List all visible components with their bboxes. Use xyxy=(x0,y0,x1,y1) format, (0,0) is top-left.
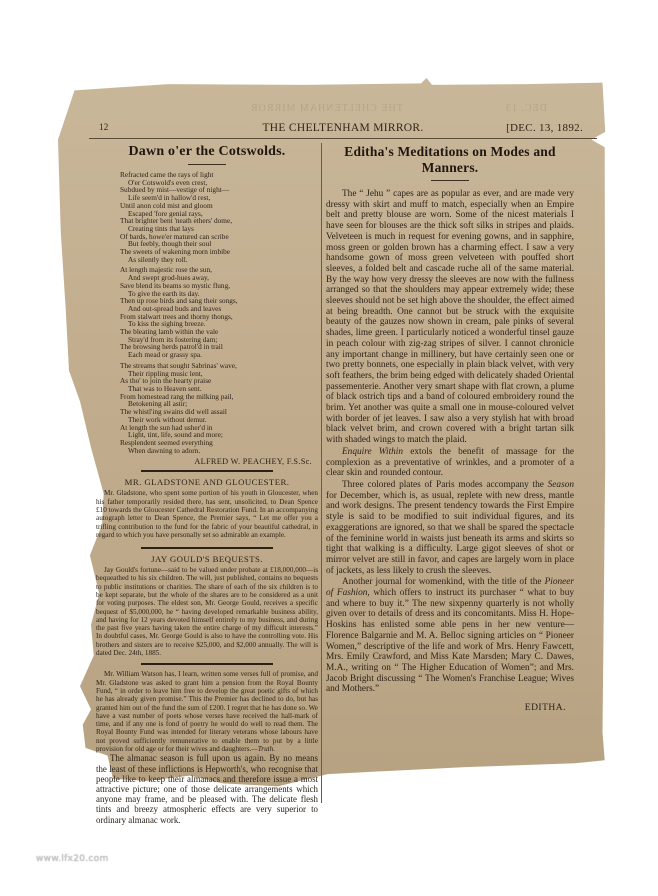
paragraph-4: Another journal for womenkind, with the … xyxy=(326,577,574,695)
gould-heading: JAY GOULD'S BEQUESTS. xyxy=(96,554,318,564)
paragraph-2: Enquire Within extols the benefit of mas… xyxy=(326,447,574,479)
gladstone-article: Mr. Gladstone, who spent some portion of… xyxy=(96,489,318,539)
poem-stanza: Refracted came the rays of lightO'er Cot… xyxy=(120,171,318,263)
issue-date: [DEC. 13, 1892. xyxy=(506,122,583,134)
section-rule xyxy=(141,547,273,549)
poem-line: As silently they roll. xyxy=(120,256,318,264)
gould-article: Jay Gould's fortune—said to be valued un… xyxy=(96,566,318,657)
watson-article: Mr. William Watson has, I learn, written… xyxy=(96,670,318,753)
show-through-title: THE CHELTENHAM MIRROR xyxy=(250,103,403,114)
editha-article: The “ Jehu ” capes are as popular as eve… xyxy=(326,189,574,695)
section-rule xyxy=(141,663,273,665)
almanac-article: The almanac season is full upon us again… xyxy=(96,753,318,824)
paragraph-1: The “ Jehu ” capes are as popular as eve… xyxy=(326,189,574,446)
poem-line: When dawning to adorn. xyxy=(120,447,318,455)
signature: EDITHA. xyxy=(326,703,566,713)
gladstone-heading: MR. GLADSTONE AND GLOUCESTER. xyxy=(96,477,318,487)
paragraph-3: Three colored plates of Paris modes acco… xyxy=(326,480,574,576)
column-divider xyxy=(321,143,322,803)
watson-body: Mr. William Watson has, I learn, written… xyxy=(96,670,318,753)
poem-title: Dawn o'er the Cotswolds. xyxy=(96,144,318,160)
title-rule xyxy=(188,164,226,165)
gould-body: Jay Gould's fortune—said to be valued un… xyxy=(96,566,318,657)
gladstone-body: Mr. Gladstone, who spent some portion of… xyxy=(96,489,318,539)
watermark: www.lfx20.com xyxy=(36,854,109,864)
poem-body: Refracted came the rays of lightO'er Cot… xyxy=(120,171,318,454)
poem-stanza: The streams that sought Sabrinas' wave,T… xyxy=(120,362,318,454)
left-column: Dawn o'er the Cotswolds. Refracted came … xyxy=(96,142,318,825)
poem-line: Each mead or grassy spa. xyxy=(120,351,318,359)
watson-source: —Truth. xyxy=(251,745,275,753)
section-rule xyxy=(141,470,273,472)
poem-author: ALFRED W. PEACHEY, F.S.Sc. xyxy=(96,457,312,466)
right-column: Editha's Meditations on Modes and Manner… xyxy=(326,142,574,713)
show-through-date: DEC. 13 xyxy=(505,103,547,114)
almanac-body: The almanac season is full upon us again… xyxy=(96,753,318,824)
poem-stanza: At length majestic rose the sun,And swep… xyxy=(120,266,318,358)
page-header: 12 THE CHELTENHAM MIRROR. [DEC. 13, 1892… xyxy=(89,122,597,139)
column-title: Editha's Meditations on Modes and Manner… xyxy=(326,144,574,176)
title-rule xyxy=(431,180,469,181)
